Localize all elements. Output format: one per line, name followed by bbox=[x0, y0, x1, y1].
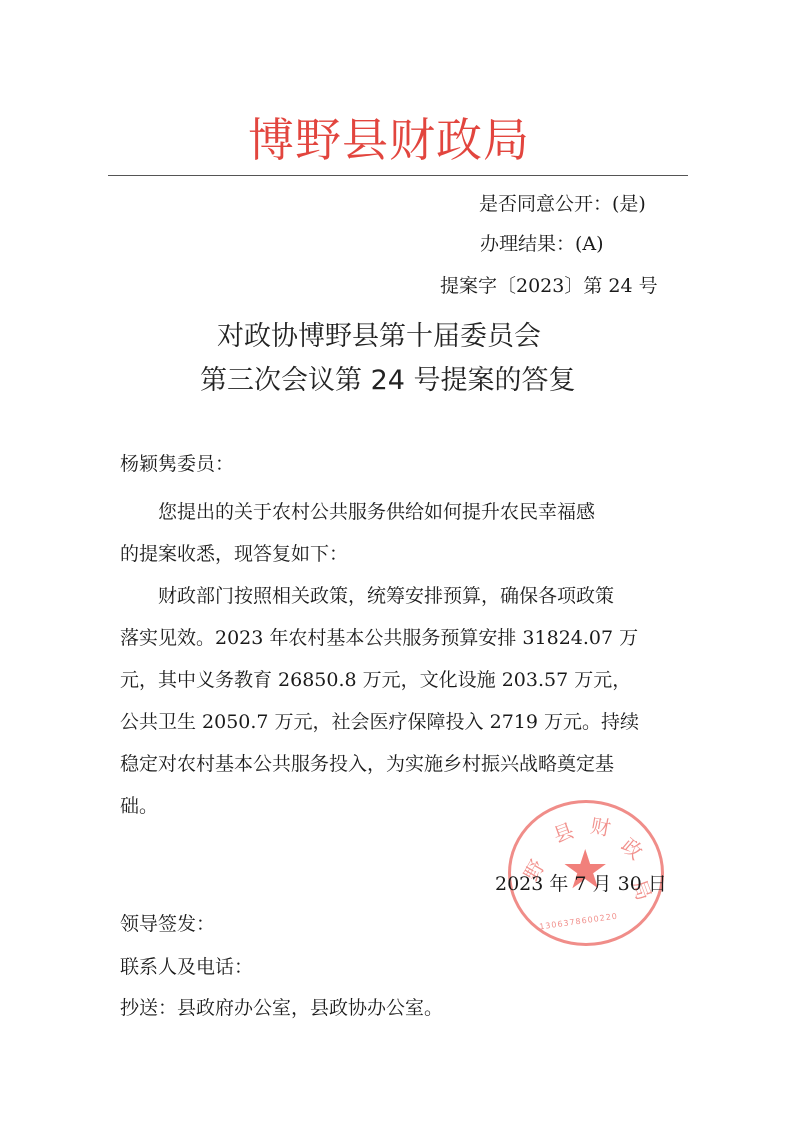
contact-info: 联系人及电话： bbox=[120, 955, 253, 979]
body-line: 公共卫生 2050.7 万元，社会医疗保障投入 2719 万元。持续 bbox=[120, 710, 680, 734]
seal-char: 财 bbox=[589, 809, 614, 841]
reply-date: 2023 年 7 月 30 日 bbox=[495, 872, 667, 896]
disclosure-status: 是否同意公开：(是) bbox=[479, 192, 646, 216]
body-line: 元，其中义务教育 26850.8 万元，文化设施 203.57 万元， bbox=[120, 668, 680, 692]
body-line: 财政部门按照相关政策，统筹安排预算，确保各项政策 bbox=[120, 584, 680, 608]
body-line: 的提案收悉，现答复如下： bbox=[120, 542, 680, 566]
salutation: 杨颖隽委员： bbox=[120, 452, 234, 476]
proposal-number: 提案字〔2023〕第 24 号 bbox=[440, 274, 658, 298]
body-line: 稳定对农村基本公共服务投入，为实施乡村振兴战略奠定基 bbox=[120, 752, 680, 776]
handling-result: 办理结果：(A) bbox=[480, 232, 604, 256]
cc-recipients: 抄送：县政府办公室，县政协办公室。 bbox=[120, 996, 443, 1020]
leader-signoff: 领导签发： bbox=[120, 912, 215, 936]
body-line: 您提出的关于农村公共服务供给如何提升农民幸福感 bbox=[120, 500, 680, 524]
header-divider bbox=[108, 175, 688, 176]
seal-char: 政 bbox=[616, 830, 650, 865]
document-title-line-2: 第三次会议第 24 号提案的答复 bbox=[200, 364, 576, 398]
seal-code: 1306378600220 bbox=[539, 912, 619, 932]
document-title-line-1: 对政协博野县第十届委员会 bbox=[217, 320, 541, 354]
organization-title: 博野县财政局 bbox=[248, 112, 530, 168]
body-line: 落实见效。2023 年农村基本公共服务预算安排 31824.07 万 bbox=[120, 626, 680, 650]
